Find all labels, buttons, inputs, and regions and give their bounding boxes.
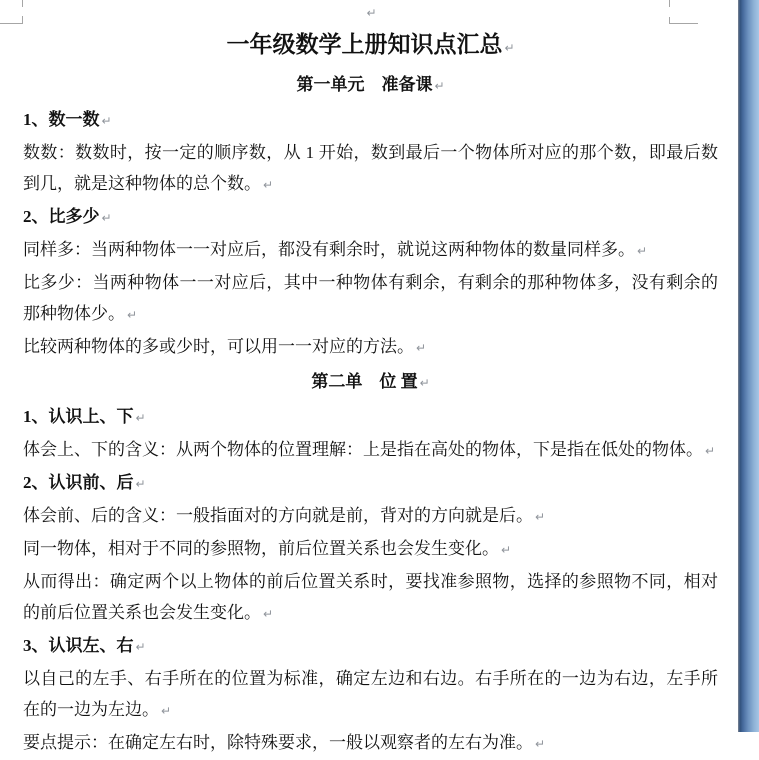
paragraph-empty: ↵ [23,0,718,26]
paragraph-mark-icon: ↵ [125,308,137,322]
paragraph-mark-icon: ↵ [134,640,146,654]
paragraph-text: 第一单元 准备课 [296,75,432,94]
paragraph-text: 一年级数学上册知识点汇总 [226,32,502,57]
paragraph-heading: 2、认识前、后↵ [23,467,718,500]
paragraph-text: 体会前、后的含义：一般指面对的方向就是前，背对的方向就是后。 [23,506,533,525]
paragraph-text: 数数：数数时，按一定的顺序数，从 1 开始，数到最后一个物体所对应的那个数，即最… [23,143,718,193]
paragraph-mark-icon: ↵ [432,79,444,93]
paragraph-text: 1、认识上、下 [23,407,134,426]
paragraph-mark-icon: ↵ [418,376,430,390]
paragraph-body: 以自己的左手、右手所在的位置为标准，确定左边和右边。右手所在的一边为右边，左手所… [23,663,718,727]
paragraph-body: 同样多：当两种物体一一对应后，都没有剩余时，就说这两种物体的数量同样多。↵ [23,234,718,267]
paragraph-mark-icon: ↵ [499,543,511,557]
paragraph-mark-icon: ↵ [134,477,146,491]
paragraph-section: 第一单元 准备课↵ [23,67,718,104]
paragraph-mark-icon: ↵ [635,244,647,258]
paragraph-body: 比较两种物体的多或少时，可以用一一对应的方法。↵ [23,331,718,364]
paragraph-text: 第二单 位 置 [311,372,417,391]
paragraph-mark-icon: ↵ [261,607,273,621]
paragraph-body: 体会前、后的含义：一般指面对的方向就是前，背对的方向就是后。↵ [23,500,718,533]
paragraph-body: 数数：数数时，按一定的顺序数，从 1 开始，数到最后一个物体所对应的那个数，即最… [23,137,718,201]
paragraph-mark-icon: ↵ [261,178,273,192]
paragraph-mark-icon: ↵ [533,510,545,524]
paragraph-mark-icon: ↵ [502,41,514,55]
paragraph-heading: 3、认识左、右↵ [23,630,718,663]
paragraph-body: 体会上、下的含义：从两个物体的位置理解：上是指在高处的物体，下是指在低处的物体。… [23,434,718,467]
paragraph-text: 以自己的左手、右手所在的位置为标准，确定左边和右边。右手所在的一边为右边，左手所… [23,669,718,719]
paragraph-text: 1、数一数 [23,110,100,129]
paragraph-mark-icon: ↵ [364,6,376,20]
paragraph-section: 第二单 位 置↵ [23,364,718,401]
paragraph-body: 要点提示：在确定左右时，除特殊要求，一般以观察者的左右为准。↵ [23,727,718,732]
window-edge-strip [738,0,759,732]
paragraph-text: 2、比多少 [23,207,100,226]
paragraph-text: 同一物体，相对于不同的参照物，前后位置关系也会发生变化。 [23,539,499,558]
paragraph-mark-icon: ↵ [134,411,146,425]
paragraph-heading: 2、比多少↵ [23,201,718,234]
paragraph-text: 体会上、下的含义：从两个物体的位置理解：上是指在高处的物体，下是指在低处的物体。 [23,440,703,459]
paragraph-text: 3、认识左、右 [23,636,134,655]
paragraph-text: 2、认识前、后 [23,473,134,492]
paragraph-text: 同样多：当两种物体一一对应后，都没有剩余时，就说这两种物体的数量同样多。 [23,240,635,259]
paragraph-text: 比较两种物体的多或少时，可以用一一对应的方法。 [23,337,414,356]
paragraph-heading: 1、认识上、下↵ [23,401,718,434]
paragraph-mark-icon: ↵ [703,444,715,458]
paragraph-title: 一年级数学上册知识点汇总↵ [23,26,718,67]
document-page: ↵一年级数学上册知识点汇总↵第一单元 准备课↵1、数一数↵数数：数数时，按一定的… [0,0,738,732]
paragraph-body: 同一物体，相对于不同的参照物，前后位置关系也会发生变化。↵ [23,533,718,566]
paragraph-body: 从而得出：确定两个以上物体的前后位置关系时，要找准参照物，选择的参照物不同，相对… [23,566,718,630]
paragraph-mark-icon: ↵ [100,211,112,225]
paragraph-text: 从而得出：确定两个以上物体的前后位置关系时，要找准参照物，选择的参照物不同，相对… [23,572,718,622]
paragraph-body: 比多少：当两种物体一一对应后，其中一种物体有剩余，有剩余的那种物体多，没有剩余的… [23,267,718,331]
paragraph-mark-icon: ↵ [100,114,112,128]
paragraph-mark-icon: ↵ [414,341,426,355]
paragraph-heading: 1、数一数↵ [23,104,718,137]
text-boundary-mark-top-left-corner [0,16,23,24]
paragraph-mark-icon: ↵ [159,704,171,718]
document-content[interactable]: ↵一年级数学上册知识点汇总↵第一单元 准备课↵1、数一数↵数数：数数时，按一定的… [23,0,718,732]
